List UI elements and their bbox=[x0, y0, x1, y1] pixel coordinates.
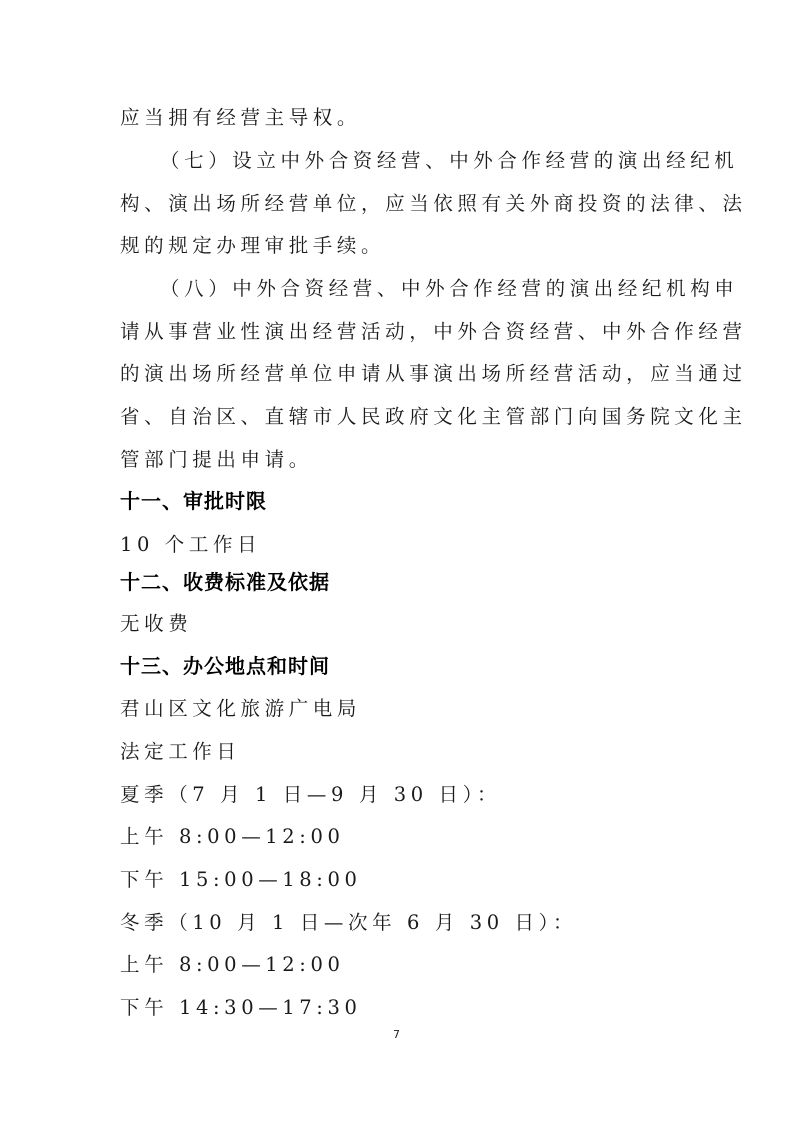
winter-season: 冬季（10 月 1 日—次年 6 月 30 日）： bbox=[120, 913, 577, 933]
section-heading-approval-time: 十一、审批时限 bbox=[120, 491, 267, 511]
document-page: 应当拥有经营主导权。 （七）设立中外合资经营、中外合作经营的演出经纪机 构、演出… bbox=[0, 0, 793, 1122]
section-heading-fees: 十二、收费标准及依据 bbox=[120, 572, 330, 592]
working-days: 法定工作日 bbox=[120, 742, 241, 762]
page-number: 7 bbox=[0, 1028, 793, 1041]
paragraph-line: （七）设立中外合资经营、中外合作经营的演出经纪机 bbox=[160, 151, 738, 171]
paragraph-line: 应当拥有经营主导权。 bbox=[120, 108, 361, 128]
section-body: 10 个工作日 bbox=[120, 535, 261, 555]
summer-season: 夏季（7 月 1 日—9 月 30 日）： bbox=[120, 785, 501, 805]
section-heading-office-location-hours: 十三、办公地点和时间 bbox=[120, 656, 330, 676]
paragraph-line: 规的规定办理审批手续。 bbox=[120, 236, 385, 256]
summer-afternoon-hours: 下午 15:00—18:00 bbox=[120, 870, 362, 890]
winter-afternoon-hours: 下午 14:30—17:30 bbox=[120, 998, 362, 1018]
summer-morning-hours: 上午 8:00—12:00 bbox=[120, 827, 344, 847]
office-location: 君山区文化旅游广电局 bbox=[120, 699, 361, 719]
paragraph-line: 请从事营业性演出经营活动，中外合资经营、中外合作经营 bbox=[120, 322, 747, 342]
section-body: 无收费 bbox=[120, 614, 192, 634]
paragraph-line: 的演出场所经营单位申请从事演出场所经营活动，应当通过 bbox=[120, 364, 747, 384]
paragraph-line: 管部门提出申请。 bbox=[120, 450, 313, 470]
paragraph-line: 省、自治区、直辖市人民政府文化主管部门向国务院文化主 bbox=[120, 407, 747, 427]
paragraph-line: 构、演出场所经营单位，应当依照有关外商投资的法律、法 bbox=[120, 194, 747, 214]
winter-morning-hours: 上午 8:00—12:00 bbox=[120, 955, 344, 975]
paragraph-line: （八）中外合资经营、中外合作经营的演出经纪机构申 bbox=[160, 279, 738, 299]
